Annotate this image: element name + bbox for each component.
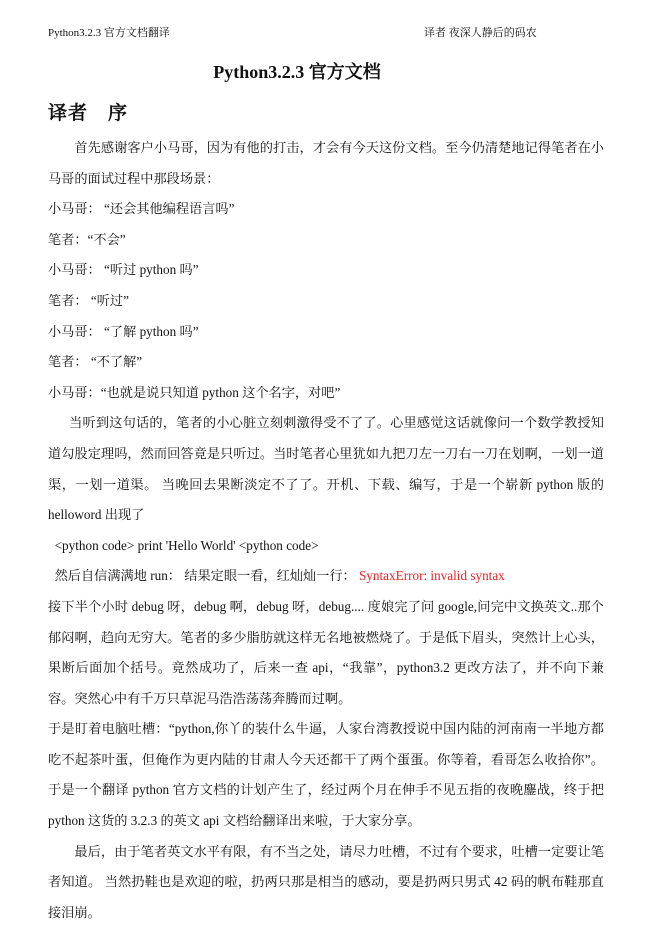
paragraph-run-result: 然后自信满满地 run： 结果定眼一看，红灿灿一行： SyntaxError: …: [48, 561, 604, 592]
body-text: 首先感谢客户小马哥，因为有他的打击，才会有今天这份文档。至今仍清楚地记得笔者在小…: [48, 133, 604, 928]
paragraph-intro: 首先感谢客户小马哥，因为有他的打击，才会有今天这份文档。至今仍清楚地记得笔者在小…: [48, 133, 604, 194]
page-header: Python3.2.3 官方文档翻译 译者 夜深人静后的码农: [48, 24, 619, 40]
dialogue-line: 小马哥： “了解 python 吗”: [48, 317, 604, 348]
header-doc-name: Python3.2.3 官方文档翻译: [48, 24, 170, 40]
dialogue-line: 小马哥：“也就是说只知道 python 这个名字，对吧”: [48, 378, 604, 409]
dialogue-line: 小马哥： “还会其他编程语言吗”: [48, 194, 604, 225]
heading-part-preface: 序: [108, 103, 128, 124]
run-result-text: 然后自信满满地 run： 结果定眼一看，红灿灿一行：: [55, 568, 359, 583]
paragraph-debug: 接下半个小时 debug 呀，debug 啊，debug 呀，debug....…: [48, 592, 604, 714]
paragraph-motivation: 于是盯着电脑吐槽：“python,你丫的装什么牛逼，人家台湾教授说中国内陆的河南…: [48, 714, 604, 836]
document-title: Python3.2.3 官方文档: [0, 58, 594, 84]
dialogue-line: 小马哥： “听过 python 吗”: [48, 255, 604, 286]
dialogue-line: 笔者：“不会”: [48, 225, 604, 256]
paragraph-closing: 最后，由于笔者英文水平有限，有不当之处，请尽力吐槽，不过有个要求，吐槽一定要让笔…: [48, 837, 604, 929]
dialogue-line: 笔者： “不了解”: [48, 347, 604, 378]
paragraph-reaction: 当听到这句话的，笔者的小心脏立刻刺激得受不了了。心里感觉这话就像问一个数学教授知…: [48, 408, 604, 530]
header-translator: 译者 夜深人静后的码农: [424, 24, 537, 40]
dialogue-line: 笔者： “听过”: [48, 286, 604, 317]
code-line: <python code> print 'Hello World' <pytho…: [48, 531, 604, 562]
heading-part-translator: 译者: [48, 103, 88, 124]
section-heading: 译者序: [48, 98, 128, 125]
syntax-error-text: SyntaxError: invalid syntax: [359, 568, 505, 583]
